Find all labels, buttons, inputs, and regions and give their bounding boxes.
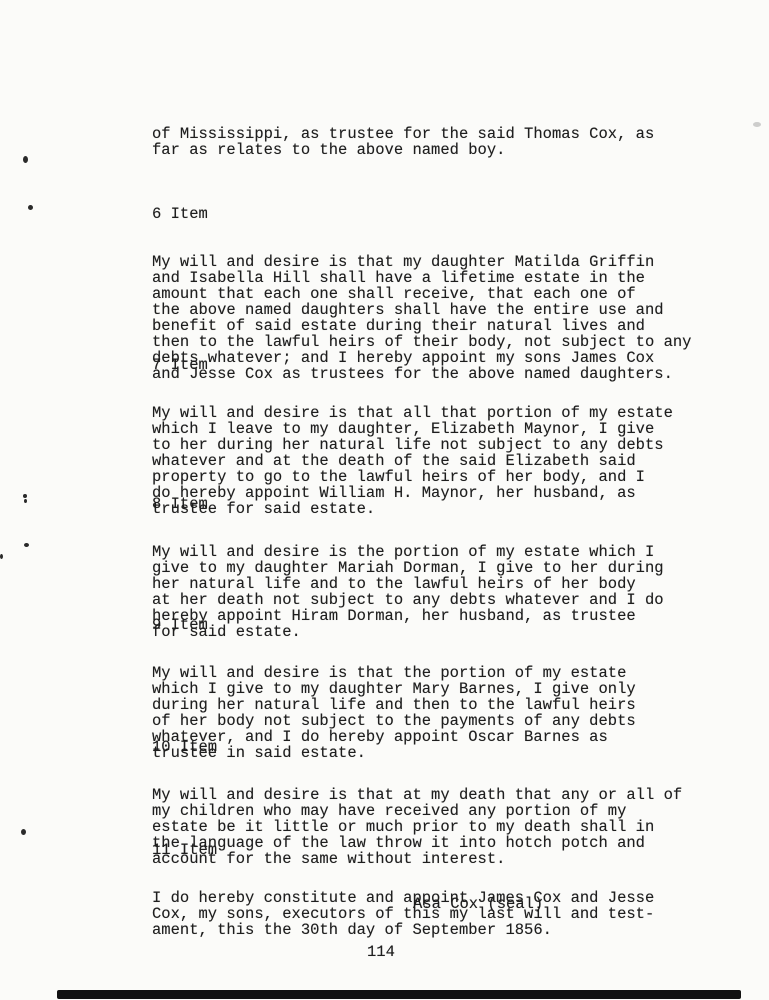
- item-7-heading: 7 Item: [152, 357, 673, 373]
- item-11-heading: 11 Item: [152, 842, 654, 858]
- item-8-heading: 8 Item: [152, 496, 664, 512]
- scan-edge-bar: [57, 990, 741, 999]
- ink-speck: [24, 543, 29, 547]
- item-11-body: I do hereby constitute and appoint James…: [152, 890, 654, 938]
- ink-speck: [0, 554, 3, 559]
- will-item-11: 11 Item I do hereby constitute and appoi…: [152, 810, 654, 954]
- paragraph-opening: of Mississippi, as trustee for the said …: [152, 126, 654, 158]
- item-9-heading: 9 Item: [152, 617, 636, 633]
- ink-speck: [23, 156, 28, 163]
- ink-speck: [24, 499, 27, 503]
- item-6-heading: 6 Item: [152, 206, 692, 222]
- document-page: { "page": { "paper_color": "#fbfbf9", "i…: [0, 0, 769, 1000]
- signature-line: Asa Cox (seal): [413, 896, 543, 912]
- ink-speck: [23, 494, 27, 498]
- ink-speck: [21, 829, 26, 835]
- scan-smudge: [753, 122, 761, 127]
- ink-speck: [28, 205, 33, 210]
- page-number: 114: [367, 944, 395, 960]
- item-10-heading: 10 Item: [152, 739, 682, 755]
